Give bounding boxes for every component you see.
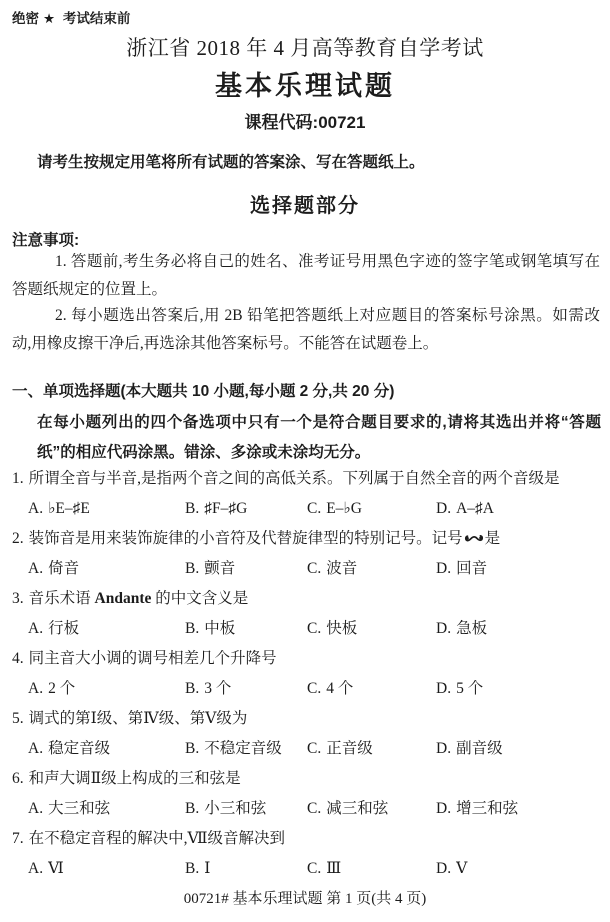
option-text: A–♯A [456,500,494,517]
option-b: B.中板 [185,614,235,644]
question-text: 同主音大小调的调号相差几个升降号 [29,650,277,667]
question-number: 7. [12,830,24,847]
option-label: D. [436,800,451,817]
option-d: D.5 个 [436,674,483,704]
option-text: 5 个 [456,680,483,697]
option-label: B. [185,740,199,757]
option-label: B. [185,680,199,697]
option-label: C. [307,620,321,637]
option-label: A. [28,680,43,697]
option-text: E–♭G [326,500,362,517]
option-text: 波音 [326,560,357,577]
option-d: D.A–♯A [436,494,494,524]
question-number: 1. [12,470,24,487]
option-text: 稳定音级 [48,740,110,757]
option-label: B. [185,560,199,577]
option-label: D. [436,860,451,877]
option-text: 减三和弦 [326,800,388,817]
option-a: A.大三和弦 [28,794,110,824]
question-4-stem: 4.同主音大小调的调号相差几个升降号 [12,644,598,674]
question-number: 2. [12,530,24,547]
option-text: 急板 [456,620,487,637]
option-a: A.稳定音级 [28,734,110,764]
question-text: 调式的第Ⅰ级、第Ⅳ级、第Ⅴ级为 [29,710,248,727]
option-d: D.急板 [436,614,487,644]
question-6-stem: 6.和声大调Ⅱ级上构成的三和弦是 [12,764,598,794]
option-text: 中板 [204,620,235,637]
option-text: Ⅲ [326,860,341,877]
option-text: 回音 [456,560,487,577]
option-text: 颤音 [204,560,235,577]
exam-paper-page: 绝密★ 考试结束前 浙江省 2018 年 4 月高等教育自学考试 基本乐理试题 … [0,0,610,922]
security-note-label: 考试结束前 [63,11,131,26]
option-label: B. [185,860,199,877]
option-label: A. [28,620,43,637]
question-5-stem: 5.调式的第Ⅰ级、第Ⅳ级、第Ⅴ级为 [12,704,598,734]
option-label: B. [185,800,199,817]
question-number: 3. [12,590,24,607]
exam-session-title: 浙江省 2018 年 4 月高等教育自学考试 [0,32,610,62]
question-number: 4. [12,650,24,667]
question-4-options: A.2 个 B.3 个 C.4 个 D.5 个 [12,674,598,704]
question-text: 音乐术语 [29,590,95,607]
option-label: B. [185,500,199,517]
security-classification-line: 绝密★ 考试结束前 [12,7,134,27]
section-one-instruction: 在每小题列出的四个备选项中只有一个是符合题目要求的,请将其选出并将“答题纸”的相… [37,408,601,468]
option-text: 快板 [326,620,357,637]
option-a: A.Ⅵ [28,854,64,884]
option-label: D. [436,620,451,637]
question-3-stem: 3.音乐术语 Andante 的中文含义是 [12,584,598,614]
section-one-heading: 一、单项选择题(本大题共 10 小题,每小题 2 分,共 20 分) [12,379,394,401]
question-2-stem: 2.装饰音是用来装饰旋律的小音符及代替旋律型的特别记号。记号 是 [12,524,598,554]
question-term: Andante [95,590,152,607]
option-label: D. [436,560,451,577]
section-header: 选择题部分 [0,189,610,218]
option-b: B.Ⅰ [185,854,210,884]
option-d: D.副音级 [436,734,503,764]
option-label: B. [185,620,199,637]
option-c: C.波音 [307,554,357,584]
option-d: D.Ⅴ [436,854,467,884]
option-label: C. [307,560,321,577]
page-footer: 00721# 基本乐理试题 第 1 页(共 4 页) [0,884,610,914]
turn-ornament-icon [464,532,484,545]
question-7-options: A.Ⅵ B.Ⅰ C.Ⅲ D.Ⅴ [12,854,598,884]
option-c: C.4 个 [307,674,353,704]
option-d: D.回音 [436,554,487,584]
question-text: 是 [485,530,501,547]
course-code: 课程代码:00721 [0,108,610,133]
option-text: Ⅴ [456,860,467,877]
question-text: 在不稳定音程的解决中,Ⅶ级音解决到 [29,830,285,847]
option-text: 3 个 [204,680,231,697]
option-b: B.不稳定音级 [185,734,282,764]
option-text: ♭E–♯E [48,500,90,517]
option-label: C. [307,860,321,877]
option-label: A. [28,500,43,517]
option-b: B.3 个 [185,674,231,704]
option-text: ♯F–♯G [204,500,247,517]
option-label: A. [28,860,43,877]
option-label: C. [307,740,321,757]
option-c: C.E–♭G [307,494,362,524]
option-label: C. [307,800,321,817]
option-b: B.小三和弦 [185,794,266,824]
question-number: 5. [12,710,24,727]
question-1-stem: 1.所谓全音与半音,是指两个音之间的高低关系。下列属于自然全音的两个音级是 [12,464,598,494]
option-d: D.增三和弦 [436,794,518,824]
question-3-options: A.行板 B.中板 C.快板 D.急板 [12,614,598,644]
question-1-options: A.♭E–♯E B.♯F–♯G C.E–♭G D.A–♯A [12,494,598,524]
star-icon: ★ [43,11,55,26]
option-b: B.颤音 [185,554,235,584]
option-b: B.♯F–♯G [185,494,247,524]
option-text: 正音级 [326,740,373,757]
paper-title: 基本乐理试题 [0,64,610,103]
option-c: C.正音级 [307,734,373,764]
pen-instruction: 请考生按规定用笔将所有试题的答案涂、写在答题纸上。 [37,150,425,172]
question-list: 1.所谓全音与半音,是指两个音之间的高低关系。下列属于自然全音的两个音级是 A.… [12,464,598,884]
question-5-options: A.稳定音级 B.不稳定音级 C.正音级 D.副音级 [12,734,598,764]
question-number: 6. [12,770,24,787]
option-a: A.♭E–♯E [28,494,90,524]
option-a: A.2 个 [28,674,75,704]
option-text: 不稳定音级 [204,740,282,757]
question-text: 所谓全音与半音,是指两个音之间的高低关系。下列属于自然全音的两个音级是 [29,470,560,487]
option-text: Ⅵ [48,860,64,877]
option-label: D. [436,740,451,757]
question-text: 和声大调Ⅱ级上构成的三和弦是 [29,770,241,787]
question-2-options: A.倚音 B.颤音 C.波音 D.回音 [12,554,598,584]
option-a: A.倚音 [28,554,79,584]
option-a: A.行板 [28,614,79,644]
option-text: 4 个 [326,680,353,697]
option-text: 小三和弦 [204,800,266,817]
option-text: 大三和弦 [48,800,110,817]
option-text: 倚音 [48,560,79,577]
option-text: 行板 [48,620,79,637]
option-c: C.Ⅲ [307,854,341,884]
option-label: A. [28,740,43,757]
option-c: C.快板 [307,614,357,644]
question-7-stem: 7.在不稳定音程的解决中,Ⅶ级音解决到 [12,824,598,854]
security-level-label: 绝密 [12,11,39,26]
option-text: 2 个 [48,680,75,697]
note-item-1: 1. 答题前,考生务必将自己的姓名、准考证号用黑色字迹的签字笔或钢笔填写在答题纸… [12,248,600,303]
option-label: C. [307,680,321,697]
note-item-2: 2. 每小题选出答案后,用 2B 铅笔把答题纸上对应题目的答案标号涂黑。如需改动… [12,302,600,357]
option-label: D. [436,500,451,517]
question-6-options: A.大三和弦 B.小三和弦 C.减三和弦 D.增三和弦 [12,794,598,824]
option-text: 增三和弦 [456,800,518,817]
option-text: Ⅰ [204,860,210,877]
option-text: 副音级 [456,740,503,757]
notes-heading: 注意事项: [12,228,79,250]
option-c: C.减三和弦 [307,794,388,824]
question-text: 的中文含义是 [151,590,248,607]
option-label: A. [28,800,43,817]
option-label: D. [436,680,451,697]
option-label: C. [307,500,321,517]
question-text: 装饰音是用来装饰旋律的小音符及代替旋律型的特别记号。记号 [29,530,463,547]
option-label: A. [28,560,43,577]
